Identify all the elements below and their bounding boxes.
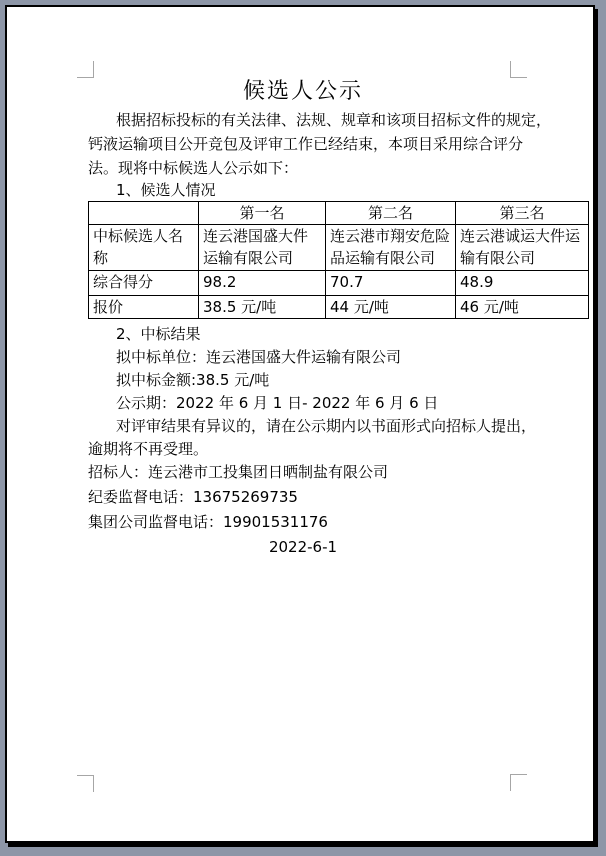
table-cell: 46 元/吨 xyxy=(456,296,589,319)
table-cell: 70.7 xyxy=(326,271,456,296)
table-cell: 连云港市翔安危险品运输有限公司 xyxy=(326,225,456,271)
award-line: 拟中标金额:38.5 元/吨 xyxy=(88,369,588,392)
table-row: 报价 38.5 元/吨 44 元/吨 46 元/吨 xyxy=(89,296,589,319)
document-content: 候选人公示 根据招标投标的有关法律、法规、规章和该项目招标文件的规定， 钙液运输… xyxy=(88,76,588,559)
table-header-cell: 第三名 xyxy=(456,202,589,225)
table-cell: 连云港国盛大件运输有限公司 xyxy=(199,225,326,271)
intro-line: 法。现将中标候选人公示如下： xyxy=(88,156,518,180)
table-row-label: 中标候选人名称 xyxy=(89,225,199,271)
table-header-cell: 第一名 xyxy=(199,202,326,225)
intro-line: 钙液运输项目公开竞包及评审工作已经结束，本项目采用综合评分 xyxy=(88,132,518,156)
award-line: 公示期：2022 年 6 月 1 日- 2022 年 6 月 6 日 xyxy=(88,392,588,415)
award-line: 对评审结果有异议的，请在公示期内以书面形式向招标人提出， xyxy=(88,415,588,438)
table-row-label: 报价 xyxy=(89,296,199,319)
table-cell: 48.9 xyxy=(456,271,589,296)
document-canvas: { "colors": { "canvas_bg": "#8D96A7", "p… xyxy=(0,0,606,856)
margin-mark-bottom-right-icon xyxy=(510,774,527,791)
footer-line-discipline-phone: 纪委监督电话：13675269735 xyxy=(88,486,588,509)
table-cell: 38.5 元/吨 xyxy=(199,296,326,319)
date-line: 2022-6-1 xyxy=(88,536,518,559)
table-header-cell xyxy=(89,202,199,225)
table-header-cell: 第二名 xyxy=(326,202,456,225)
table-row: 中标候选人名称 连云港国盛大件运输有限公司 连云港市翔安危险品运输有限公司 连云… xyxy=(89,225,589,271)
section1-heading: 1、候选人情况 xyxy=(88,180,588,201)
margin-mark-bottom-left-icon xyxy=(77,775,94,792)
footer-line-tenderee: 招标人：连云港市工投集团日晒制盐有限公司 xyxy=(88,461,588,484)
award-line: 逾期将不再受理。 xyxy=(88,438,588,461)
table-row: 综合得分 98.2 70.7 48.9 xyxy=(89,271,589,296)
table-cell: 连云港诚运大件运输有限公司 xyxy=(456,225,589,271)
page-title: 候选人公示 xyxy=(88,76,518,108)
candidates-table: 第一名 第二名 第三名 中标候选人名称 连云港国盛大件运输有限公司 连云港市翔安… xyxy=(88,201,589,319)
table-cell: 44 元/吨 xyxy=(326,296,456,319)
section2-heading: 2、中标结果 xyxy=(88,323,588,346)
award-line: 拟中标单位：连云港国盛大件运输有限公司 xyxy=(88,346,588,369)
footer-line-group-phone: 集团公司监督电话：19901531176 xyxy=(88,511,588,534)
intro-line: 根据招标投标的有关法律、法规、规章和该项目招标文件的规定， xyxy=(88,108,546,132)
table-header-row: 第一名 第二名 第三名 xyxy=(89,202,589,225)
table-row-label: 综合得分 xyxy=(89,271,199,296)
table-cell: 98.2 xyxy=(199,271,326,296)
